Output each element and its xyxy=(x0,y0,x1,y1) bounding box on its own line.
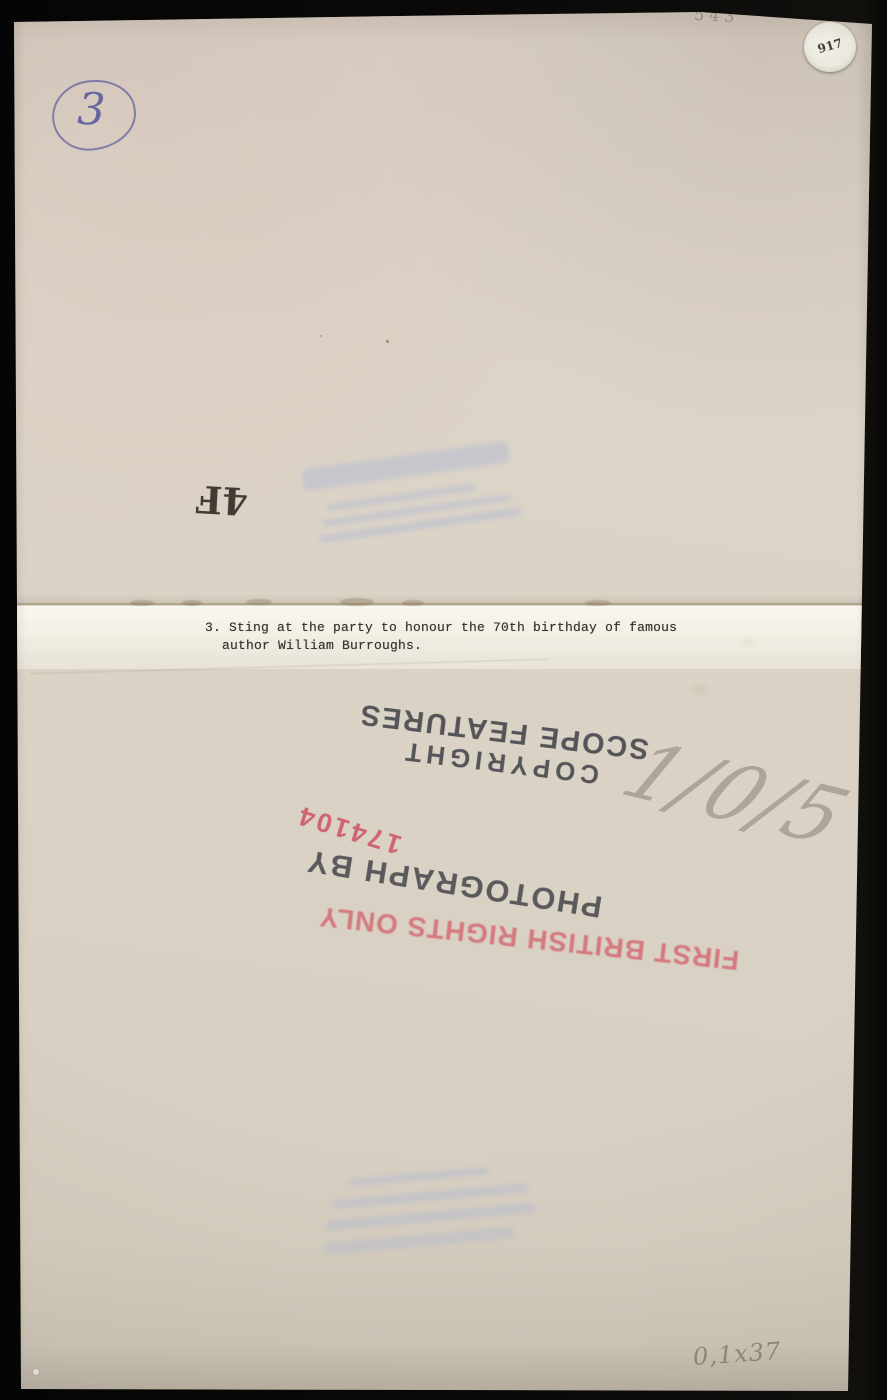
lower-sheet-shade xyxy=(0,1240,887,1400)
paper-chip xyxy=(33,1369,39,1375)
torn-edge-bump xyxy=(182,600,202,606)
caption-strip xyxy=(0,606,887,669)
circled-number-pen: 3 xyxy=(48,75,140,155)
round-sticker: 917 xyxy=(804,22,856,72)
typed-caption-line1: 3. Sting at the party to honour the 70th… xyxy=(205,620,677,635)
photo-verso-paper: 3. Sting at the party to honour the 70th… xyxy=(0,0,887,1400)
sticker-number: 917 xyxy=(803,32,857,60)
faint-stamp-upper xyxy=(289,436,541,573)
torn-edge-bump xyxy=(340,598,374,606)
torn-edge-bump xyxy=(402,600,424,606)
torn-edge-bump xyxy=(585,600,611,606)
photo-frame: 3. Sting at the party to honour the 70th… xyxy=(0,0,887,1400)
dust-speck xyxy=(320,335,322,337)
torn-edge-bump xyxy=(130,600,154,606)
handwritten-margin-mark: 4F xyxy=(195,477,249,524)
torn-edge-bump xyxy=(246,599,272,605)
circled-number-digit: 3 xyxy=(76,84,106,136)
pencil-note-top: 543 xyxy=(694,5,740,26)
dust-speck xyxy=(386,340,389,343)
typed-caption-line2: author William Burroughs. xyxy=(222,638,422,653)
faint-stamp-bottom xyxy=(308,1158,545,1273)
